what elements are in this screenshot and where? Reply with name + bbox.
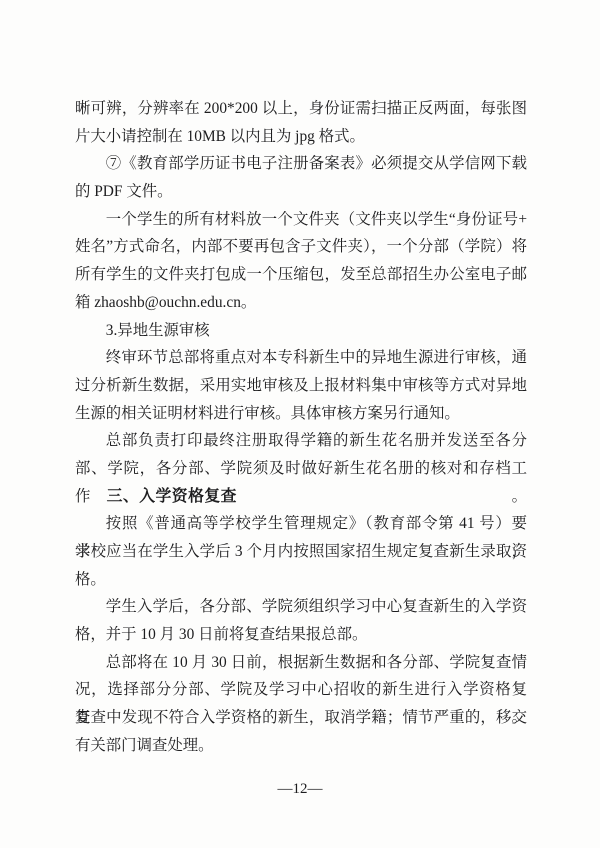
text-line: 片大小请控制在 10MB 以内且为 jpg 格式。 — [75, 123, 527, 151]
text-line: ⑦《教育部学历证书电子注册备案表》必须提交从学信网下载 — [75, 150, 527, 178]
text-line: 格。 — [75, 566, 527, 594]
text-line: 学校应当在学生入学后 3 个月内按照国家招生规定复查新生录取资 — [75, 538, 527, 566]
text-line: 生源的相关证明材料进行审核。具体审核方案另行通知。 — [75, 400, 527, 428]
text-line: 学生入学后，各分部、学院须组织学习中心复查新生的入学资 — [75, 593, 527, 621]
text-line: 格，并于 10 月 30 日前将复查结果报总部。 — [75, 621, 527, 649]
text-line: 况，选择部分分部、学院及学习中心招收的新生进行入学资格复查。 — [75, 676, 527, 704]
text-line: 按照《普通高等学校学生管理规定》（教育部令第 41 号）要求， — [75, 510, 527, 538]
text-line: 总部负责打印最终注册取得学籍的新生花名册并发送至各分 — [75, 427, 527, 455]
text-line: 复查中发现不符合入学资格的新生，取消学籍；情节严重的，移交 — [75, 704, 527, 732]
text-line: 所有学生的文件夹打包成一个压缩包，发至总部招生办公室电子邮 — [75, 261, 527, 289]
text-line: 姓名”方式命名，内部不要再包含子文件夹），一个分部（学院）将 — [75, 233, 527, 261]
text-line: 3.异地生源审核 — [75, 317, 527, 345]
text-line: 一个学生的所有材料放一个文件夹（文件夹以学生“身份证号+ — [75, 206, 527, 234]
text-line: 总部将在 10 月 30 日前，根据新生数据和各分部、学院复查情 — [75, 649, 527, 677]
text-line: 箱 zhaoshb@ouchn.edu.cn。 — [75, 289, 527, 317]
text-line: 过分析新生数据，采用实地审核及上报材料集中审核等方式对异地 — [75, 372, 527, 400]
document-body: 晰可辨，分辨率在 200*200 以上，身份证需扫描正反两面，每张图片大小请控制… — [75, 95, 527, 760]
text-line: 晰可辨，分辨率在 200*200 以上，身份证需扫描正反两面，每张图 — [75, 95, 527, 123]
text-line: 有关部门调查处理。 — [75, 732, 527, 760]
text-line: 终审环节总部将重点对本专科新生中的异地生源进行审核，通 — [75, 344, 527, 372]
text-line: 的 PDF 文件。 — [75, 178, 527, 206]
text-line: 部、学院，各分部、学院须及时做好新生花名册的核对和存档工作。 — [75, 455, 527, 483]
document-page: 晰可辨，分辨率在 200*200 以上，身份证需扫描正反两面，每张图片大小请控制… — [0, 0, 600, 848]
page-number: —12— — [0, 778, 600, 800]
